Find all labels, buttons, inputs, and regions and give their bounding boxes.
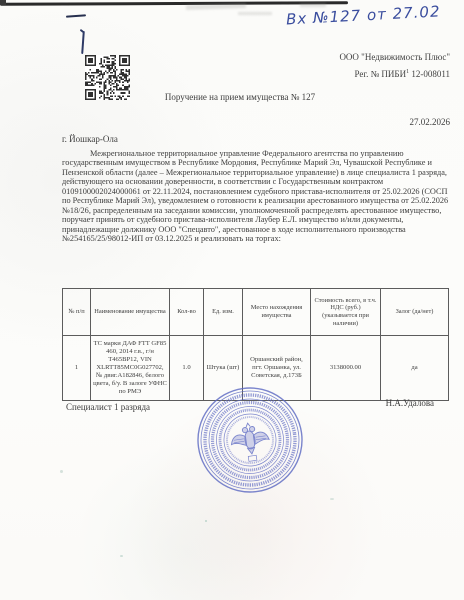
scan-speck: [60, 470, 63, 473]
col-header-quantity: Кол-во: [170, 289, 204, 336]
pen-mark-stroke: [81, 31, 85, 54]
col-header-name: Наименование имущества: [91, 289, 170, 336]
pen-mark-dash: [66, 14, 86, 18]
scan-speck: [205, 520, 207, 522]
reg-number: 12-008011: [409, 69, 450, 79]
reg-prefix: Рег. № ПИБИ: [355, 69, 407, 79]
cell-cost: 3138000.00: [311, 336, 381, 401]
official-seal: [182, 372, 318, 508]
scan-smudge: [238, 12, 272, 15]
col-header-unit: Ед. изм.: [204, 289, 243, 336]
scan-smudge: [186, 3, 246, 10]
body-paragraph: Межрегиональное территориальное управлен…: [62, 149, 454, 244]
col-header-number: № п/п: [63, 289, 91, 336]
scan-speck: [120, 555, 123, 557]
cell-name: ТС марки ДАФ FTT GF85 460, 2014 г.в., г/…: [91, 336, 170, 401]
table-header-row: № п/п Наименование имущества Кол-во Ед. …: [63, 289, 449, 336]
col-header-cost: Стоимость всего, в т.ч. НДС (руб.) (указ…: [311, 289, 381, 336]
scan-smudge: [300, 3, 326, 7]
document-city: г. Йошкар-Ола: [62, 134, 118, 144]
scan-speck: [330, 498, 334, 500]
signature-name: Н.А.Удалова: [386, 398, 434, 408]
company-name: ООО "Недвижимость Плюс": [339, 52, 450, 62]
col-header-pledge: Залог (да/нет): [381, 289, 449, 336]
cell-pledge: да: [381, 336, 449, 401]
col-header-location: Место нахождения имущества: [243, 289, 311, 336]
registration-number: Рег. № ПИБИ1 12-008011: [355, 69, 450, 79]
double-headed-eagle: [229, 421, 271, 457]
scanned-document-page: Вх №127 от 27.02 ООО "Недвижимость Плюс"…: [0, 0, 464, 600]
scan-artifact-top-line: [0, 1, 348, 5]
signature-position: Специалист 1 разряда: [66, 402, 150, 412]
cell-number: 1: [63, 336, 91, 401]
scan-artifact-corner: [0, 0, 6, 5]
document-date: 27.02.2026: [410, 117, 451, 127]
document-title: Поручение на прием имущества № 127: [62, 92, 418, 102]
